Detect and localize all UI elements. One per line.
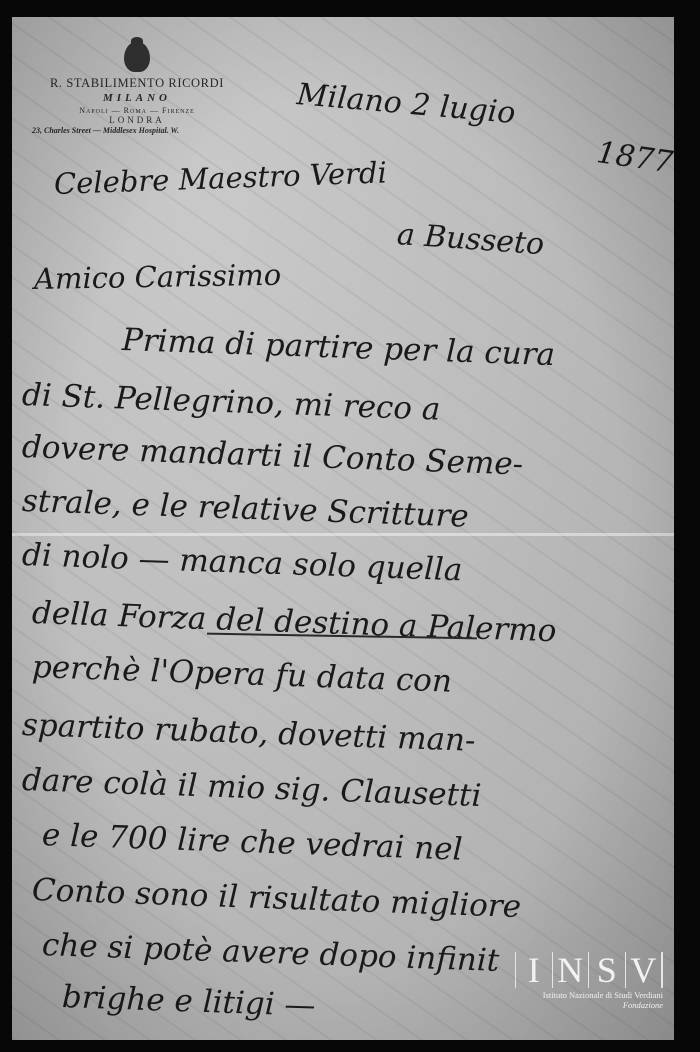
letter-line: di St. Pellegrino, mi reco a xyxy=(21,377,441,428)
letterhead-company: R. STABILIMENTO RICORDI xyxy=(22,76,252,91)
letter-line: Prima di partire per la cura xyxy=(121,322,555,373)
letter-year: 1877 xyxy=(595,135,674,180)
letter-line: dare colà il mio sig. Clausetti xyxy=(21,762,482,814)
letter-line: che si potè avere dopo infinit xyxy=(41,927,499,979)
fold-crease xyxy=(12,533,674,536)
letterhead-city: MILANO xyxy=(22,92,252,104)
royal-crest-icon xyxy=(124,42,150,72)
letter-line: perchè l'Opera fu data con xyxy=(31,649,452,700)
letter-line: di nolo — manca solo quella xyxy=(21,537,463,588)
letterhead-branches: Napoli — Roma — Firenze xyxy=(22,106,252,115)
letterhead-london: LONDRA xyxy=(22,115,252,125)
letter-line: della Forza del destino a Palermo xyxy=(31,595,557,649)
letter-line: Conto sono il risultato migliore xyxy=(31,872,521,925)
logo-letter: N xyxy=(553,952,590,988)
letter-line: dovere mandarti il Conto Seme- xyxy=(21,429,523,482)
logo-letter: I xyxy=(516,952,553,988)
place-date: Milano 2 lugio xyxy=(295,77,516,131)
letterhead-address: 23, Charles Street — Middlesex Hospital.… xyxy=(32,126,252,135)
insv-logo: I N S V xyxy=(515,952,663,988)
letter-line: spartito rubato, dovetti man- xyxy=(21,707,476,759)
watermark-subtitle: Fondazione xyxy=(515,1000,663,1010)
salutation: Amico Carissimo xyxy=(34,258,282,296)
letter-line: brighe e litigi — xyxy=(61,979,316,1024)
letter-page: R. STABILIMENTO RICORDI MILANO Napoli — … xyxy=(12,17,674,1040)
recipient-town: a Busseto xyxy=(396,217,546,262)
logo-letter: S xyxy=(589,952,626,988)
letter-line: e le 700 lire che vedrai nel xyxy=(41,817,463,868)
recipient: Celebre Maestro Verdi xyxy=(53,155,387,201)
letter-line: strale, e le relative Scritture xyxy=(21,483,469,535)
insv-watermark: I N S V Istituto Nazionale di Studi Verd… xyxy=(515,952,663,1010)
watermark-institute-name: Istituto Nazionale di Studi Verdiani xyxy=(515,990,663,1000)
letterhead: R. STABILIMENTO RICORDI MILANO Napoli — … xyxy=(22,42,252,135)
logo-letter: V xyxy=(626,952,662,988)
